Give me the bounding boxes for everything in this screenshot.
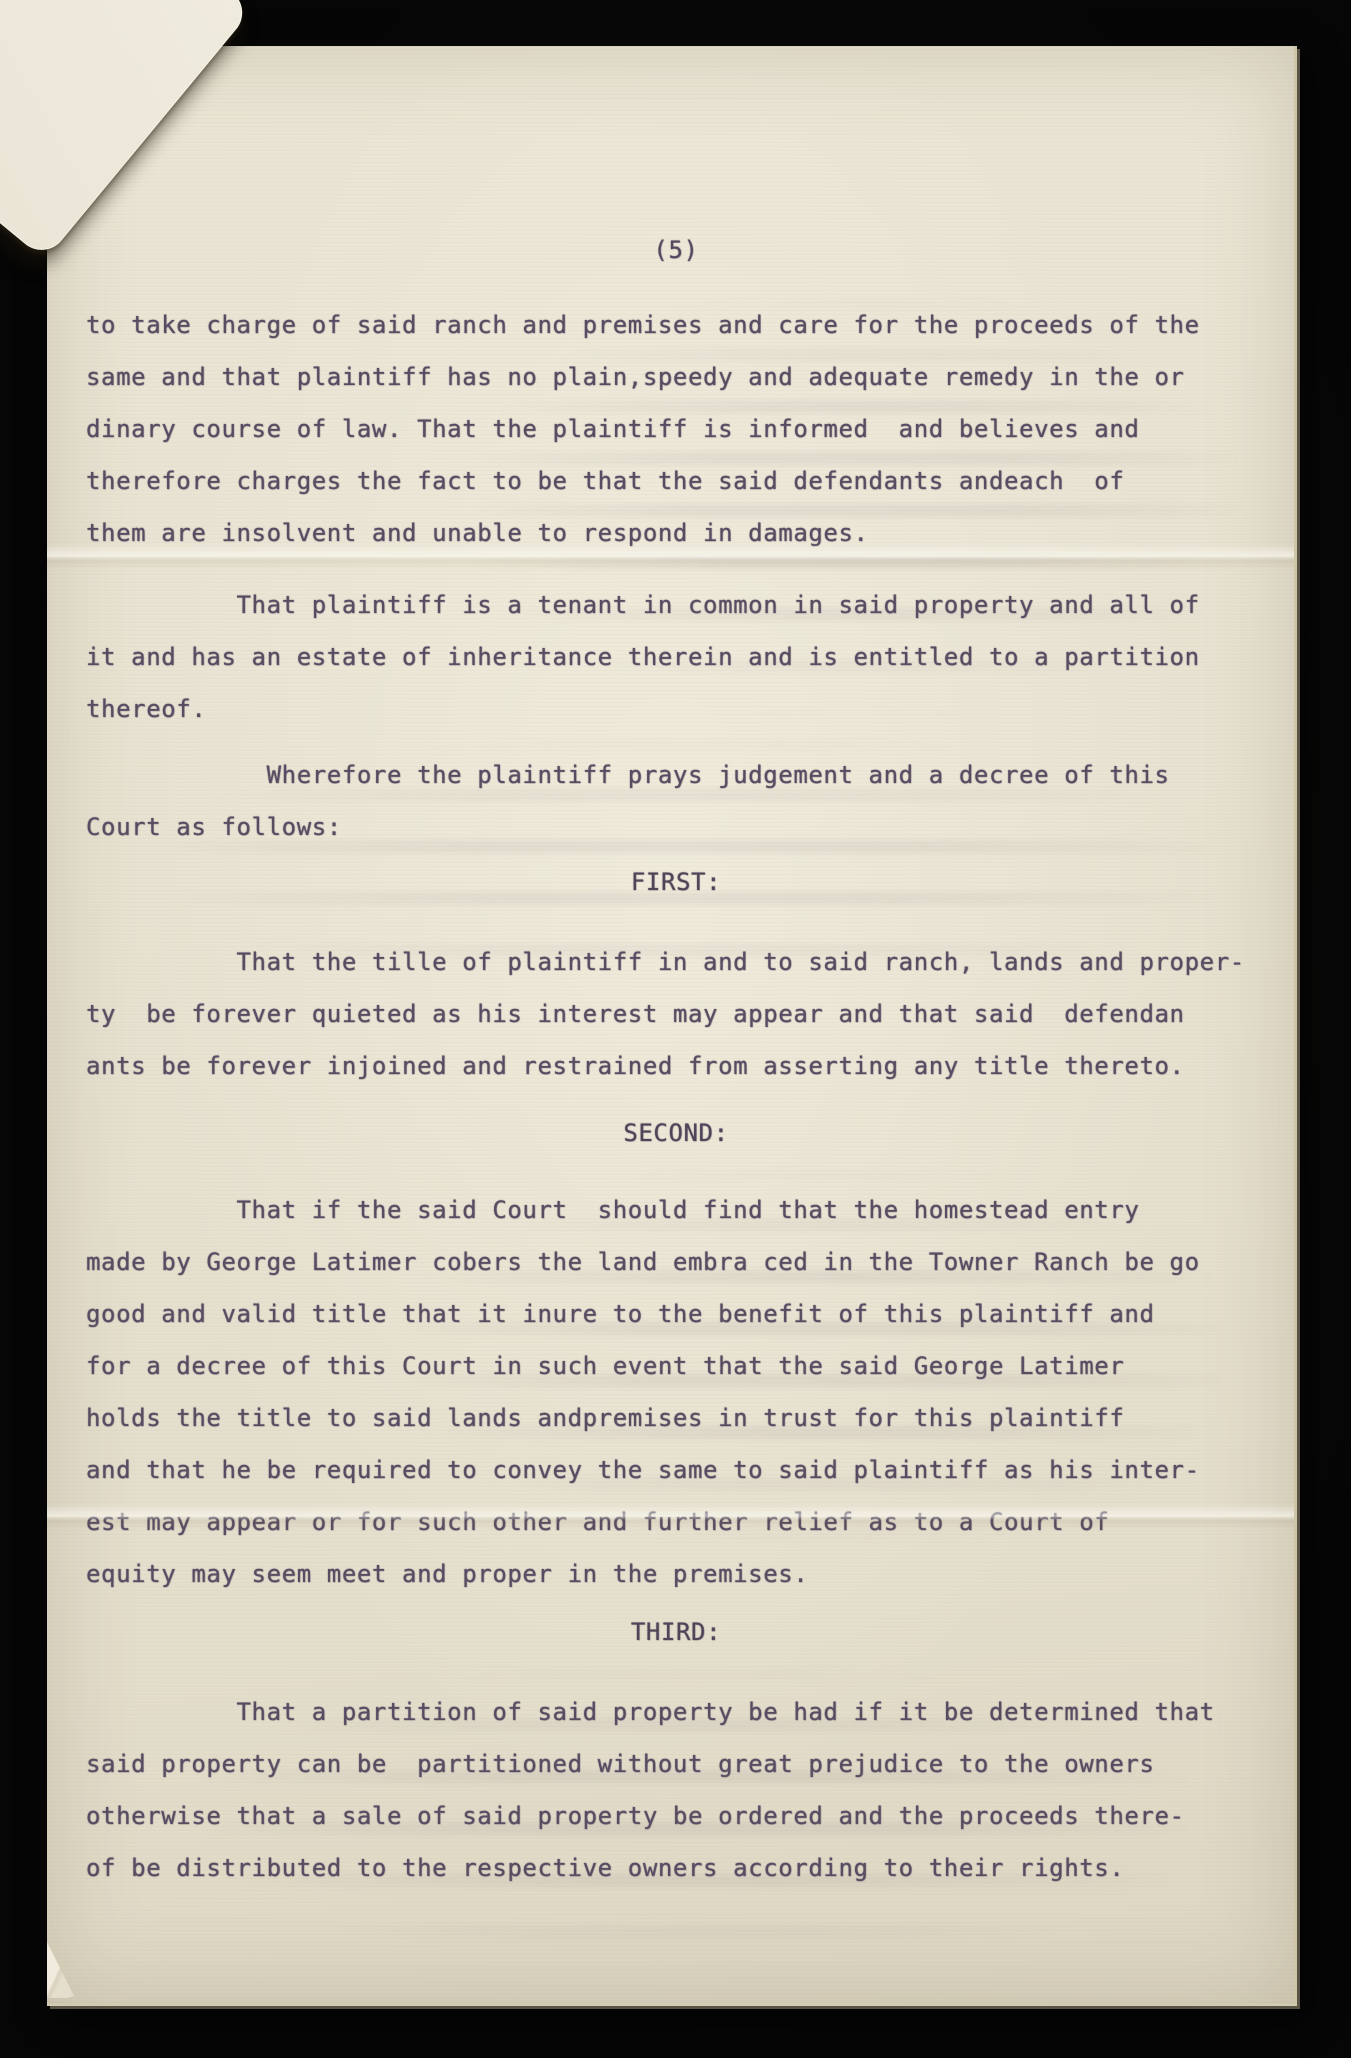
text-line: said property can be partitioned without… <box>86 1738 1266 1790</box>
text-line: thereof. <box>86 683 1266 735</box>
document-page: (5) to take charge of said ranch and pre… <box>47 46 1297 2006</box>
text-line: ants be forever injoined and restrained … <box>86 1040 1266 1092</box>
text-line: made by George Latimer cobers the land e… <box>86 1236 1266 1288</box>
section-heading-third: THIRD: <box>86 1606 1266 1658</box>
text-line: Court as follows: <box>86 801 1266 853</box>
text-line: holds the title to said lands andpremise… <box>86 1392 1266 1444</box>
text-line: Wherefore the plaintiff prays judgement … <box>86 749 1266 801</box>
typewritten-text-block: (5) to take charge of said ranch and pre… <box>47 46 1294 2004</box>
text-line: good and valid title that it inure to th… <box>86 1288 1266 1340</box>
text-line: That a partition of said property be had… <box>86 1686 1266 1738</box>
text-line: That if the said Court should find that … <box>86 1184 1266 1236</box>
section-heading-first: FIRST: <box>86 856 1266 908</box>
text-line: therefore charges the fact to be that th… <box>86 455 1266 507</box>
text-line: otherwise that a sale of said property b… <box>86 1790 1266 1842</box>
text-line: ty be forever quieted as his interest ma… <box>86 988 1266 1040</box>
text-line: equity may seem meet and proper in the p… <box>86 1548 1266 1600</box>
text-line: for a decree of this Court in such event… <box>86 1340 1266 1392</box>
text-line: of be distributed to the respective owne… <box>86 1842 1266 1894</box>
text-line: That the tille of plaintiff in and to sa… <box>86 936 1266 988</box>
text-line: same and that plaintiff has no plain,spe… <box>86 351 1266 403</box>
text-line: to take charge of said ranch and premise… <box>86 299 1266 351</box>
section-heading-second: SECOND: <box>86 1107 1266 1159</box>
text-line: dinary course of law. That the plaintiff… <box>86 403 1266 455</box>
text-line: est may appear or for such other and fur… <box>86 1496 1266 1548</box>
text-line: them are insolvent and unable to respond… <box>86 507 1266 559</box>
text-line: it and has an estate of inheritance ther… <box>86 631 1266 683</box>
text-line: That plaintiff is a tenant in common in … <box>86 579 1266 631</box>
page-number: (5) <box>86 224 1266 276</box>
text-line: and that he be required to convey the sa… <box>86 1444 1266 1496</box>
scan-background: (5) to take charge of said ranch and pre… <box>0 0 1351 2058</box>
